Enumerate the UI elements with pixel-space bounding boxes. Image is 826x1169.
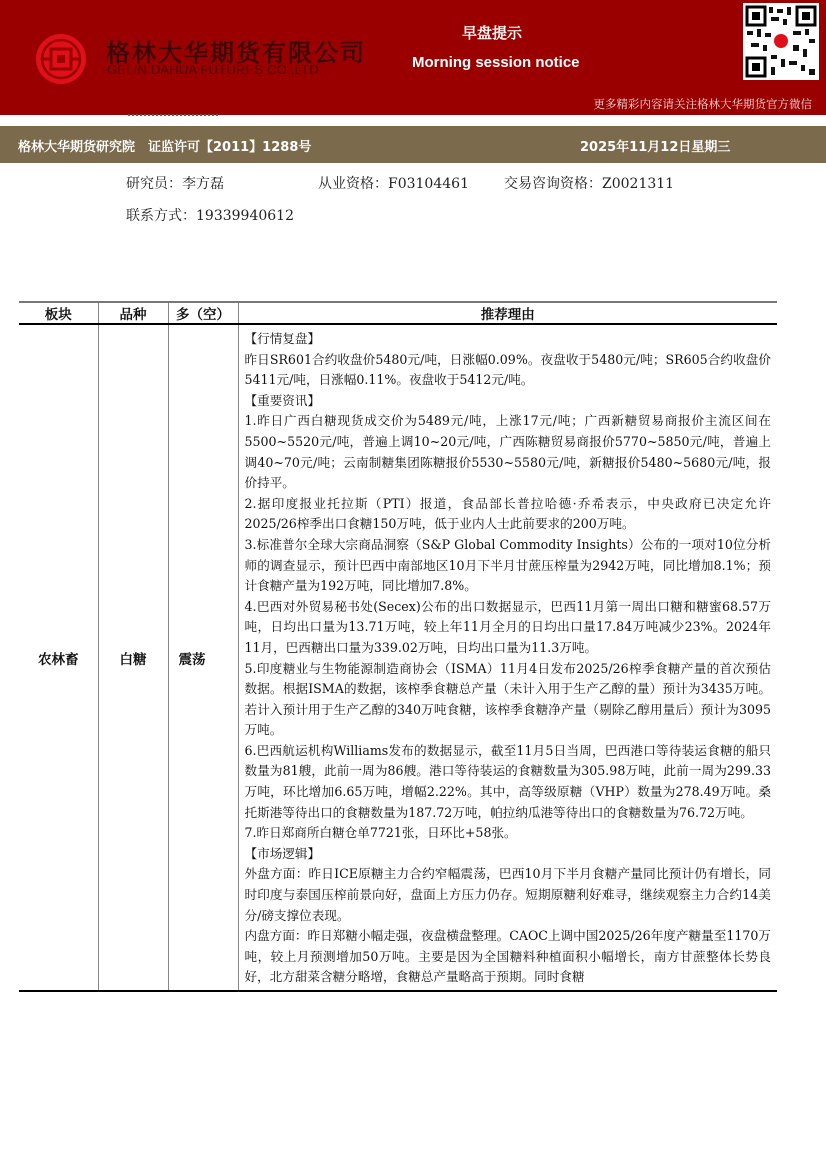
sector-cell: 农林畜 bbox=[19, 324, 98, 991]
section-heading-review: 【行情复盘】 bbox=[245, 329, 772, 350]
news-item-5: 5.印度糖业与生物能源制造商协会（ISMA）11月4日发布2025/26榨季食糖… bbox=[245, 659, 772, 741]
section-heading-logic: 【市场逻辑】 bbox=[245, 844, 772, 865]
report-date: 2025年11月12日星期三 bbox=[580, 136, 730, 155]
recommendation-table: 板块 品种 多（空） 推荐理由 农林畜 白糖 震荡 【行情复盘】 昨日SR601… bbox=[19, 301, 777, 992]
researcher: 研究员：李方磊 bbox=[126, 173, 224, 193]
table-row: 农林畜 白糖 震荡 【行情复盘】 昨日SR601合约收盘价5480元/吨，日涨幅… bbox=[19, 324, 777, 991]
company-logo-icon bbox=[34, 32, 88, 86]
review-paragraph: 昨日SR601合约收盘价5480元/吨，日涨幅0.09%。夜盘收于5480元/吨… bbox=[245, 350, 772, 391]
logic-domestic: 内盘方面：昨日郑糖小幅走强，夜盘横盘整理。CAOC上调中国2025/26年度产糖… bbox=[245, 926, 772, 988]
company-name-en: GELIN DAHUA FUTURES CO.,LTD. bbox=[107, 62, 323, 77]
institute-license: 格林大华期货研究院 证监许可【2011】1288号 bbox=[18, 136, 311, 155]
header-banner: 格林大华期货有限公司 GELIN DAHUA FUTURES CO.,LTD. … bbox=[0, 0, 826, 115]
reason-cell: 【行情复盘】 昨日SR601合约收盘价5480元/吨，日涨幅0.09%。夜盘收于… bbox=[238, 324, 777, 991]
section-heading-news: 【重要资讯】 bbox=[245, 391, 772, 412]
header-variety: 品种 bbox=[98, 302, 168, 324]
report-title-en: Morning session notice bbox=[412, 54, 580, 71]
decorative-divider bbox=[128, 114, 218, 119]
news-item-4: 4.巴西对外贸易秘书处(Secex)公布的出口数据显示，巴西11月第一周出口糖和… bbox=[245, 597, 772, 659]
header-direction: 多（空） bbox=[168, 302, 238, 324]
header-reason: 推荐理由 bbox=[238, 302, 777, 324]
news-item-7: 7.昨日郑商所白糖仓单7721张，日环比+58张。 bbox=[245, 823, 772, 844]
follow-wechat-text: 更多精彩内容请关注格林大华期货官方微信 bbox=[594, 96, 813, 112]
consult-license: 交易咨询资格：Z0021311 bbox=[504, 173, 674, 193]
qr-code-icon bbox=[743, 3, 819, 80]
contact-info: 联系方式：19339940612 bbox=[126, 205, 294, 225]
table-header-row: 板块 品种 多（空） 推荐理由 bbox=[19, 302, 777, 324]
news-item-6: 6.巴西航运机构Williams发布的数据显示，截至11月5日当周，巴西港口等待… bbox=[245, 741, 772, 823]
header-sector: 板块 bbox=[19, 302, 98, 324]
news-item-1: 1.昨日广西白糖现货成交价为5489元/吨，上涨17元/吨；广西新糖贸易商报价主… bbox=[245, 411, 772, 493]
direction-cell: 震荡 bbox=[168, 324, 238, 991]
variety-cell: 白糖 bbox=[98, 324, 168, 991]
news-item-3: 3.标准普尔全球大宗商品洞察（S&P Global Commodity Insi… bbox=[245, 535, 772, 597]
news-item-2: 2.据印度报业托拉斯（PTI）报道，食品部长普拉哈德·乔希表示，中央政府已决定允… bbox=[245, 494, 772, 535]
practice-license: 从业资格：F03104461 bbox=[318, 173, 469, 193]
logic-external: 外盘方面：昨日ICE原糖主力合约窄幅震荡，巴西10月下半月食糖产量同比预计仍有增… bbox=[245, 864, 772, 926]
report-title-cn: 早盘提示 bbox=[462, 22, 522, 43]
